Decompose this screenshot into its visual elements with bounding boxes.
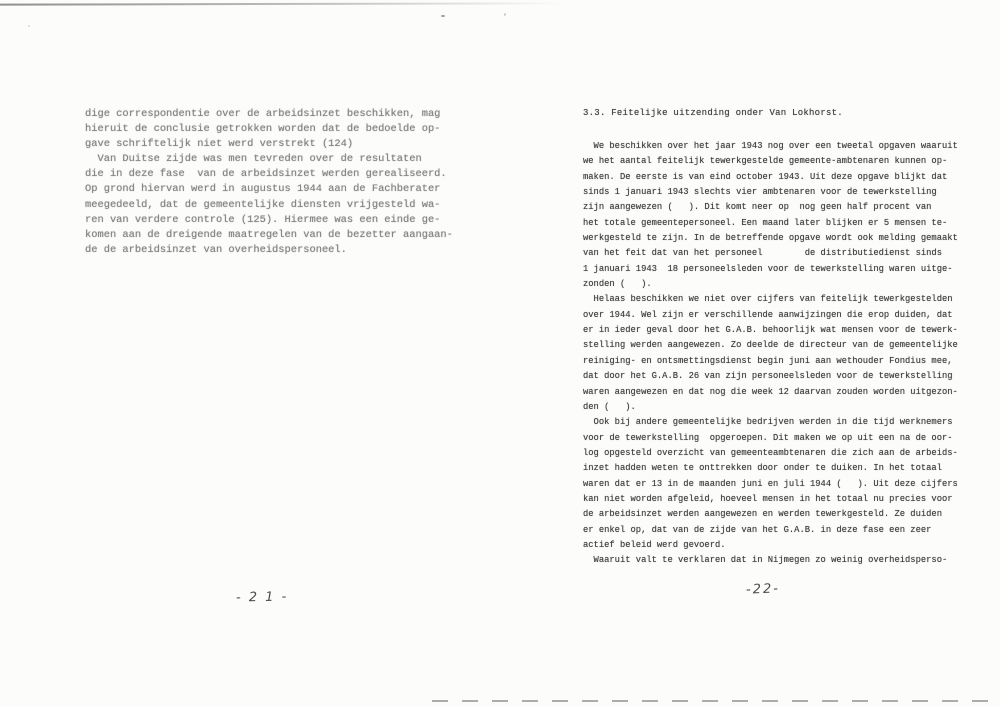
text-line: ren van verdere controle (125). Hiermee … [85,213,453,228]
text-line: de de arbeidsinzet van overheidspersonee… [85,243,453,258]
scan-speck [504,13,506,16]
text-line: Van Duitse zijde was men tevreden over d… [85,152,453,167]
text-line: inzet hadden weten te onttrekken door on… [583,461,958,476]
text-line: we het aantal feitelijk tewerkgestelde g… [583,154,958,169]
text-line: den ( ). [583,400,958,415]
text-line: voor de tewerkstelling opgeroepen. Dit m… [583,431,958,446]
scan-speck [28,25,30,27]
left-page-body-text: dige correspondentie over de arbeidsinze… [85,107,453,258]
text-line: hieruit de conclusie getrokken worden da… [85,122,453,137]
text-line: We beschikken over het jaar 1943 nog ove… [583,139,958,154]
text-line: kan niet worden afgeleid, hoeveel mensen… [583,492,958,507]
text-line: actief beleid werd gevoerd. [583,538,958,553]
text-line: stelling werden aangewezen. Zo deelde de… [583,338,958,353]
text-line: over 1944. Wel zijn er verschillende aan… [583,308,958,323]
text-line: waren dat er 13 in de maanden juni en ju… [583,477,958,492]
text-line: er enkel op, dat van de zijde van het G.… [583,523,958,538]
text-line: waren aangewezen en dat nog die week 12 … [583,385,958,400]
text-line: er in ieder geval door het G.A.B. behoor… [583,323,958,338]
text-line: log opgesteld overzicht van gemeenteambt… [583,446,958,461]
text-line: Op grond hiervan werd in augustus 1944 a… [85,182,453,197]
right-page-body-text: We beschikken over het jaar 1943 nog ove… [583,139,958,569]
text-line: komen aan de dreigende maatregelen van d… [85,228,453,243]
scanner-edge-artifact-bottom [432,700,1000,702]
text-line: gave schriftelijk niet werd verstrekt (1… [85,137,453,152]
text-line: Waaruit valt te verklaren dat in Nijmege… [583,553,958,568]
text-line: dat door het G.A.B. 26 van zijn personee… [583,369,958,384]
scanned-document-spread: dige correspondentie over de arbeidsinze… [0,0,1000,706]
text-line: sinds 1 januari 1943 slechts vier ambten… [583,185,958,200]
text-line: zijn aangewezen ( ). Dit komt neer op no… [583,200,958,215]
scan-speck [441,15,445,17]
text-line: het totale gemeentepersoneel. Een maand … [583,216,958,231]
section-heading: 3.3. Feitelijke uitzending onder Van Lok… [583,106,843,120]
scanner-edge-artifact-top [0,2,565,5]
text-line: reiniging- en ontsmettingsdienst begin j… [583,354,958,369]
text-line: dige correspondentie over de arbeidsinze… [85,107,453,122]
left-page-number: - 2 1 - [236,590,289,606]
text-line: die in deze fase van de arbeidsinzet wer… [85,167,453,182]
text-line: meegedeeld, dat de gemeentelijke dienste… [85,198,453,213]
text-line: Helaas beschikken we niet over cijfers v… [583,292,958,307]
text-line: Ook bij andere gemeentelijke bedrijven w… [583,415,958,430]
text-line: 1 januari 1943 18 personeelsleden voor d… [583,262,958,277]
text-line: zonden ( ). [583,277,958,292]
text-line: van het feit dat van het personeel de di… [583,246,958,261]
text-line: de arbeidsinzet werden aangewezen en wer… [583,507,958,522]
text-line: werkgesteld te zijn. In de betreffende o… [583,231,958,246]
right-page-number: -22- [746,581,780,597]
text-line: maken. De eerste is van eind october 194… [583,170,958,185]
